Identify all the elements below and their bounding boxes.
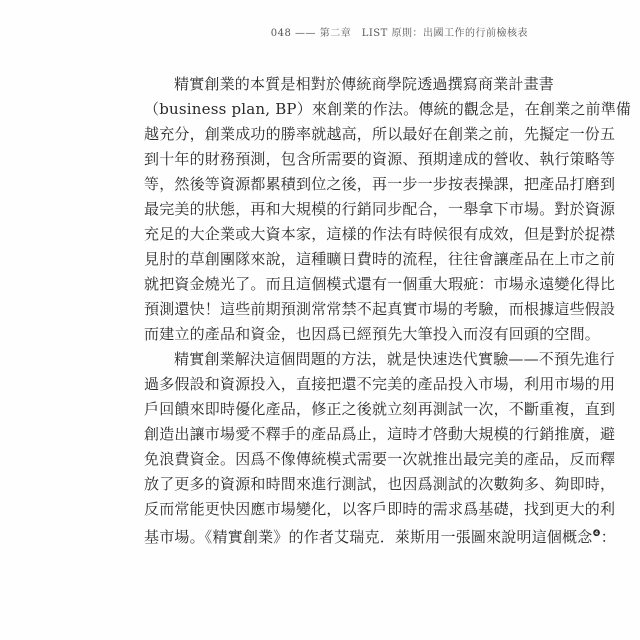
text-line: 反而常能更快因應市場變化，以客戶即時的需求爲基礎，找到更大的利 — [144, 497, 508, 522]
text-line: 等，然後等資源都累積到位之後，再一步一步按表操課，把產品打磨到 — [144, 172, 508, 197]
text-line: 創造出讓市場愛不釋手的產品爲止，這時才啓動大規模的行銷推廣，避 — [144, 422, 508, 447]
paragraph-2: 精實創業解決這個問題的方法，就是快速迭代實驗——不預先進行 過多假設和資源投入，… — [144, 347, 508, 547]
text-line: 精實創業的本質是相對於傳統商學院透過撰寫商業計畫書 — [144, 72, 508, 97]
footnote-marker[interactable]: ❹ — [593, 529, 601, 539]
text-line: 見肘的草創團隊來說，這種曠日費時的流程，往往會讓產品在上市之前 — [144, 247, 508, 272]
text-line: 最完美的狀態，再和大規模的行銷同步配合，一舉拿下市場。對於資源 — [144, 197, 508, 222]
text-line: 而建立的產品和資金，也因爲已經預先大筆投入而沒有回頭的空間。 — [144, 322, 508, 347]
text-line: 就把資金燒光了。而且這個模式還有一個重大瑕疵：市場永遠變化得比 — [144, 272, 508, 297]
text-line: 免浪費資金。因爲不像傳統模式需要一次就推出最完美的產品，反而釋 — [144, 447, 508, 472]
body-text: 精實創業的本質是相對於傳統商學院透過撰寫商業計畫書 （business plan… — [144, 72, 508, 547]
book-page: 048 —— 第二章 LIST 原則：出國工作的行前檢核表 精實創業的本質是相對… — [0, 0, 640, 640]
text-line-final: 基市場。《精實創業》的作者艾瑞克．萊斯用一張圖來說明這個概念❹： — [144, 522, 508, 547]
text-line: 到十年的財務預測，包含所需要的資源、預期達成的營收、執行策略等 — [144, 147, 508, 172]
text-line: 過多假設和資源投入，直接把還不完美的產品投入市場，利用市場的用 — [144, 372, 508, 397]
text-line: 戶回饋來即時優化產品，修正之後就立刻再測試一次，不斷重複，直到 — [144, 397, 508, 422]
text-line: 基市場。《精實創業》的作者艾瑞克．萊斯用一張圖來說明這個概念 — [144, 528, 593, 546]
text-line: 放了更多的資源和時間來進行測試，也因爲測試的次數夠多、夠即時， — [144, 472, 508, 497]
paragraph-1: 精實創業的本質是相對於傳統商學院透過撰寫商業計畫書 （business plan… — [144, 72, 508, 347]
colon: ： — [601, 528, 616, 546]
text-line: 預測還快！這些前期預測常常禁不起真實市場的考驗，而根據這些假設 — [144, 297, 508, 322]
text-line: （business plan, BP）來創業的作法。傳統的觀念是，在創業之前準備 — [144, 97, 508, 122]
running-head: 048 —— 第二章 LIST 原則：出國工作的行前檢核表 — [271, 24, 528, 39]
text-line: 精實創業解決這個問題的方法，就是快速迭代實驗——不預先進行 — [144, 347, 508, 372]
text-line: 越充分，創業成功的勝率就越高，所以最好在創業之前，先擬定一份五 — [144, 122, 508, 147]
text-line: 充足的大企業或大資本家，這樣的作法有時候很有成效，但是對於捉襟 — [144, 222, 508, 247]
